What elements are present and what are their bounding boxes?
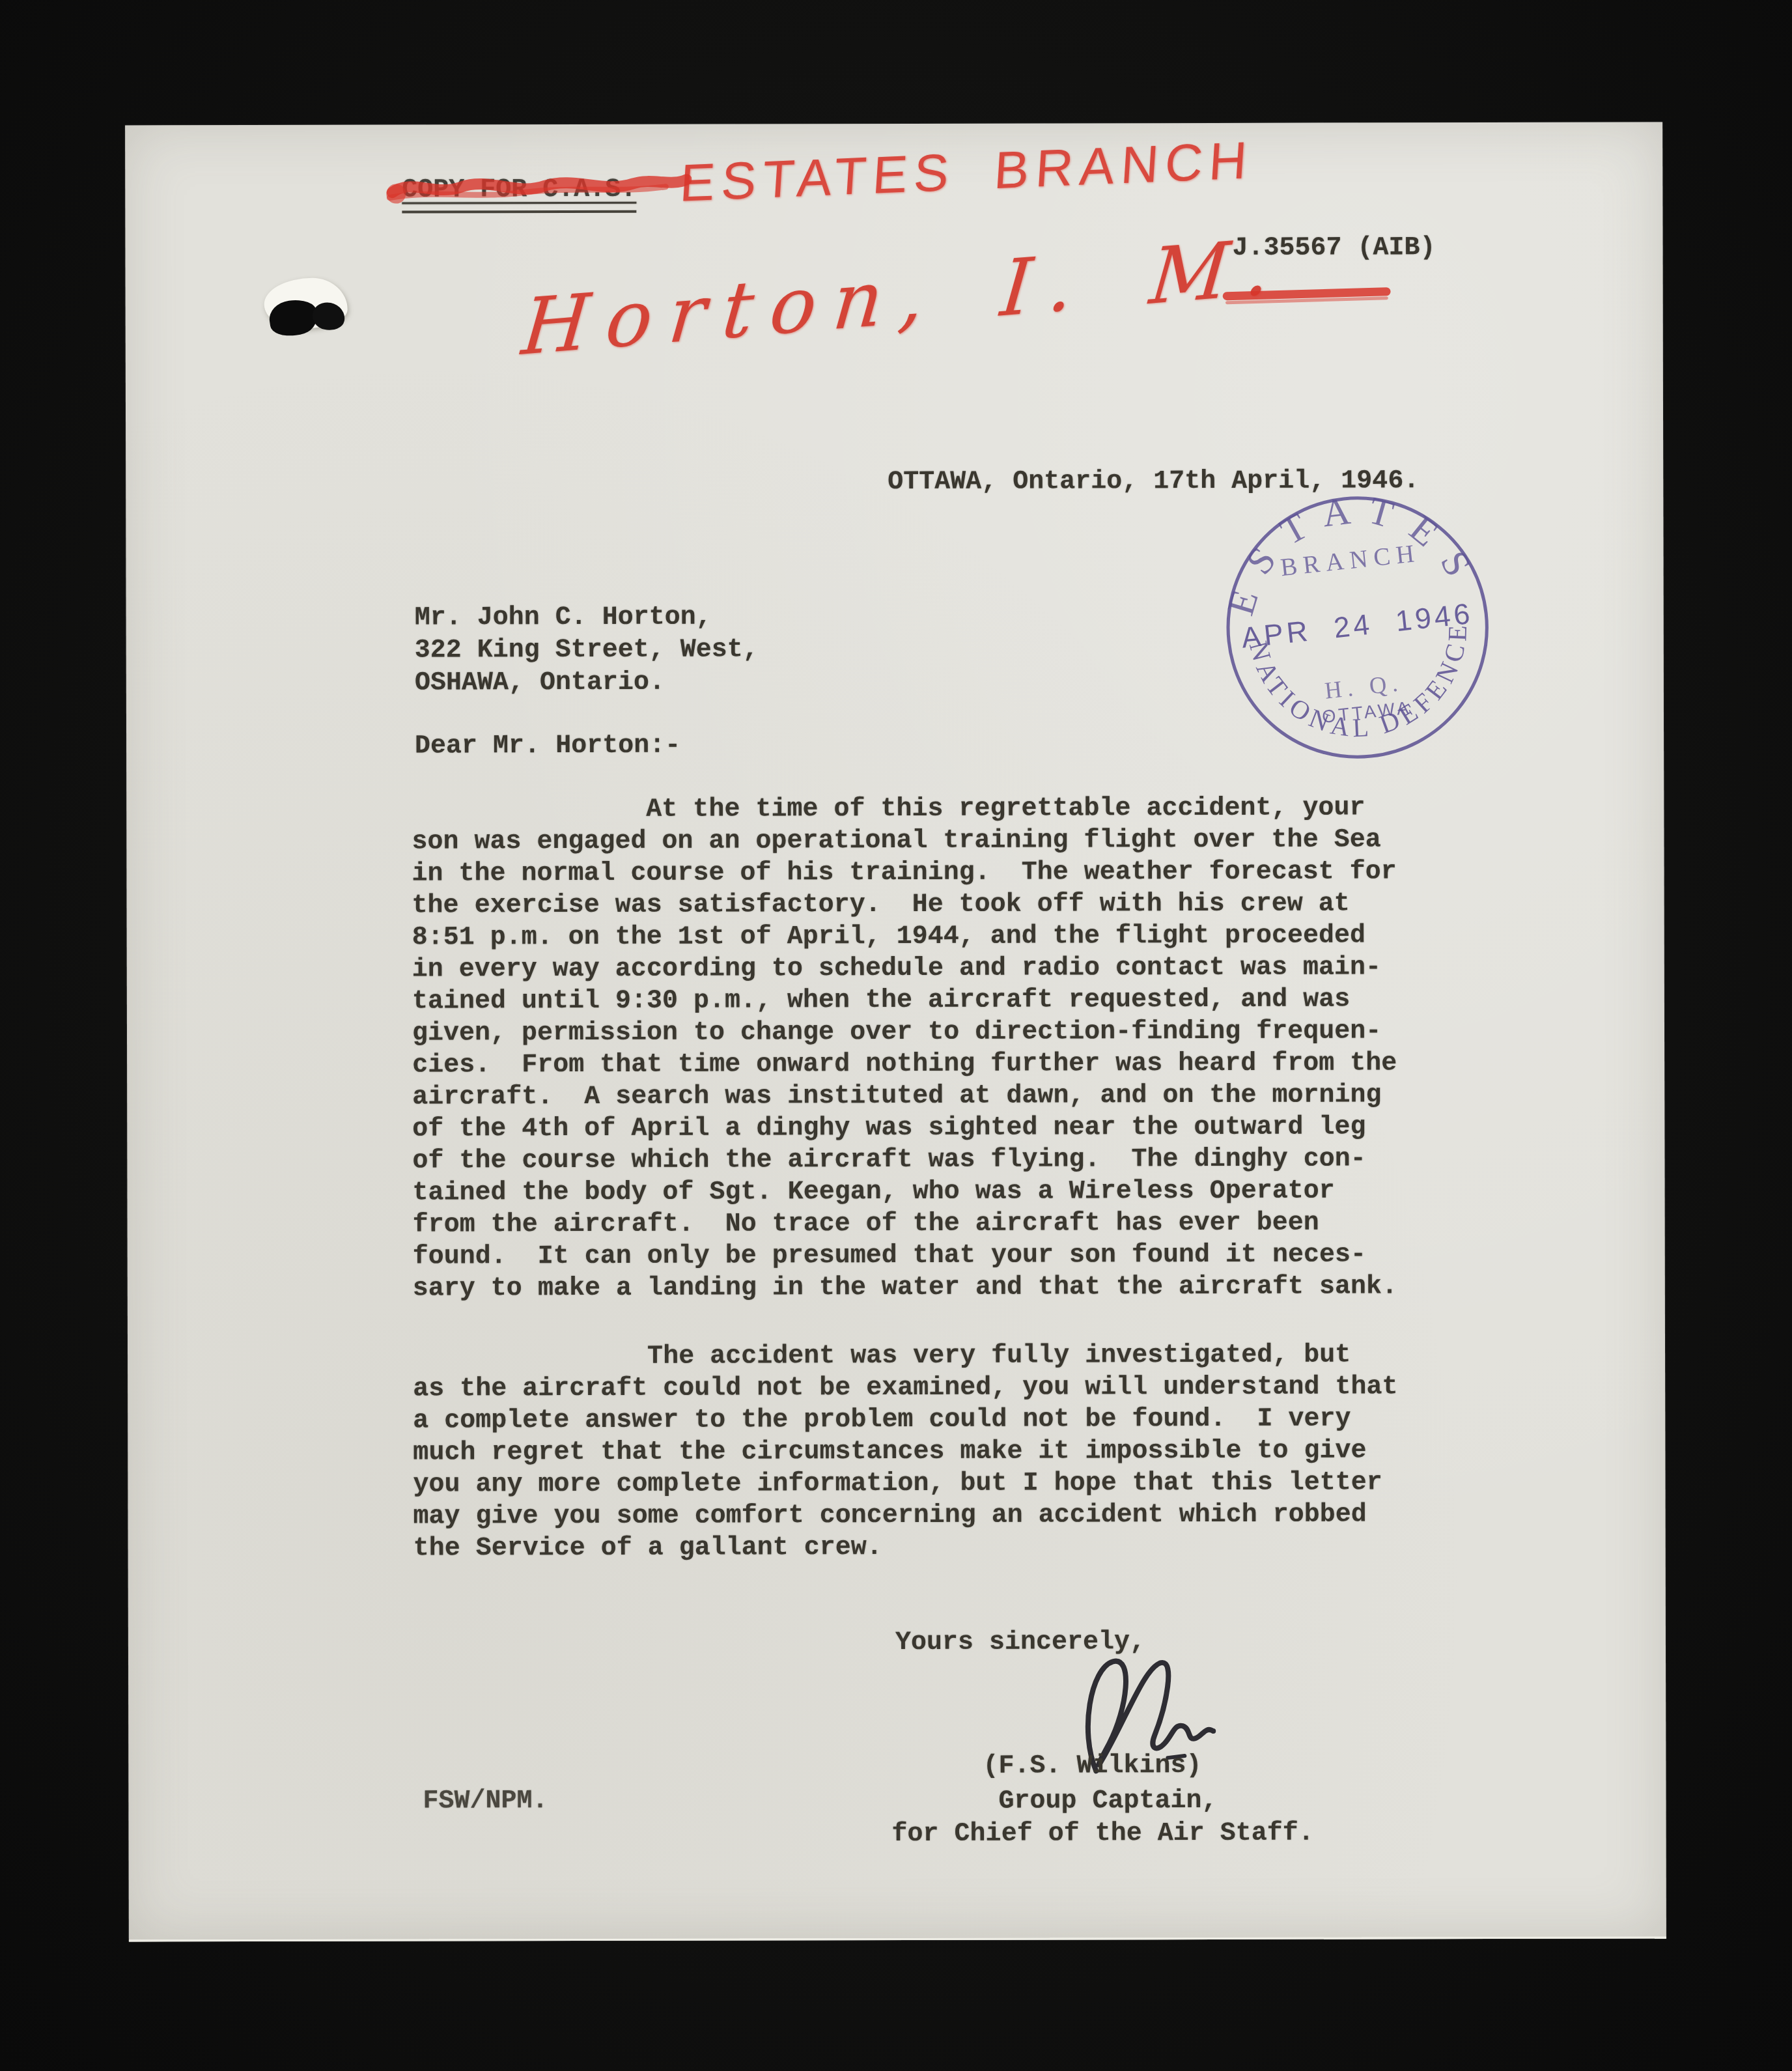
body-paragraph-2: The accident was very fully investigated… <box>413 1339 1398 1564</box>
signatory-title: for Chief of the Air Staff. <box>892 1818 1314 1850</box>
torn-hole <box>264 278 348 342</box>
recipient-address-line: OSHAWA, Ontario. <box>415 667 665 700</box>
recipient-address-line: 322 King Street, West, <box>415 634 759 667</box>
body-paragraph-1: At the time of this regrettable accident… <box>412 792 1397 1304</box>
signatory-name: (F.S. Wilkins) <box>983 1750 1201 1782</box>
handwritten-name-note: Horton, I. M. <box>518 220 1291 373</box>
red-strikethrough-scribble <box>385 162 692 215</box>
reference-initials: FSW/NPM. <box>423 1785 548 1817</box>
estates-branch-annotation: ESTATES BRANCH <box>679 130 1255 214</box>
estates-branch-date-stamp: ESTATES BRANCH APR 24 1946 H. Q. OTTAWA … <box>1197 468 1517 787</box>
recipient-address-line: Mr. John C. Horton, <box>415 602 712 635</box>
stamp-date-text: APR 24 1946 <box>1240 598 1475 655</box>
stamp-graphic: ESTATES BRANCH APR 24 1946 H. Q. OTTAWA … <box>1197 468 1517 787</box>
scanned-letter-photo: { "document": { "annotations": { "copy_l… <box>0 0 1792 2071</box>
signatory-rank: Group Captain, <box>998 1785 1217 1818</box>
salutation: Dear Mr. Horton:- <box>415 730 680 763</box>
letter-page: COPY FOR C.A.S. ESTATES BRANCH J.35567 (… <box>125 122 1666 1942</box>
